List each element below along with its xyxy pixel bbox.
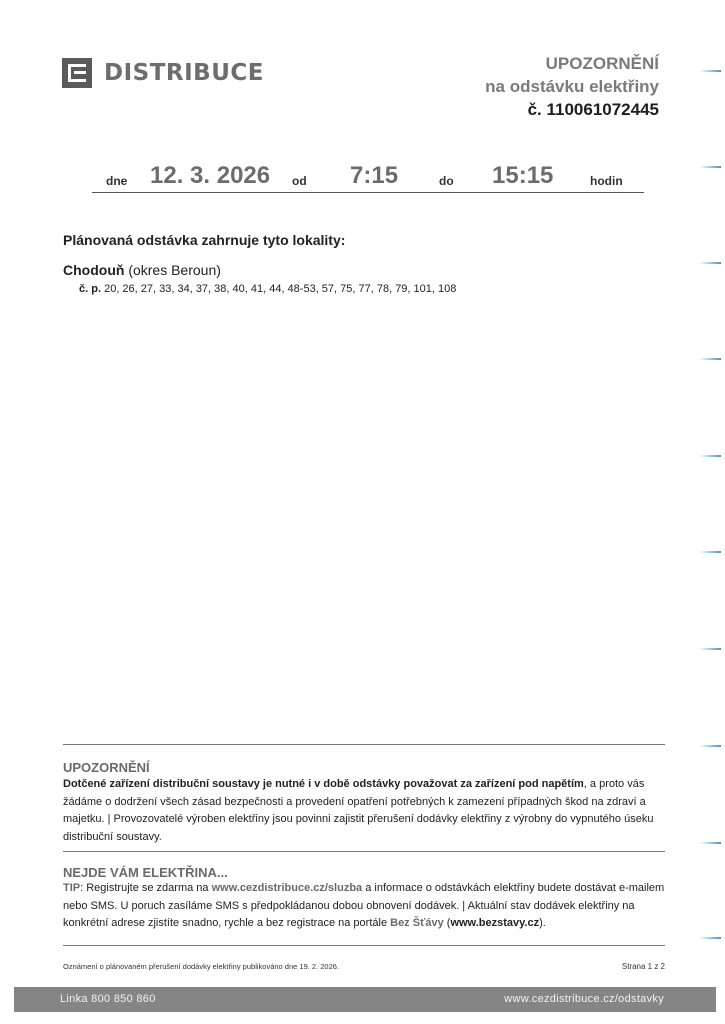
cez-logo-icon — [62, 58, 92, 88]
outage-from: 7:15 — [350, 162, 398, 190]
house-number-list: 20, 26, 27, 33, 34, 37, 38, 40, 41, 44, … — [104, 283, 456, 295]
tip-text: TIP: Registrujte se zdarma na www.cezdis… — [63, 880, 667, 933]
divider — [63, 744, 665, 745]
publication-note: Oznámení o plánovaném přerušení dodávky … — [63, 962, 339, 971]
tip-text-1: : Registrujte se zdarma na — [80, 882, 211, 894]
portal-name: Bez Šťávy — [390, 917, 444, 929]
warning-text: Dotčené zařízení distribuční soustavy je… — [63, 776, 667, 846]
outage-date: 12. 3. 2026 — [150, 162, 270, 190]
tip-label: TIP — [63, 882, 80, 894]
from-label: od — [292, 174, 307, 188]
portal-link[interactable]: www.bezstavy.cz — [450, 917, 539, 929]
outage-time-row: dne 12. 3. 2026 od 7:15 do 15:15 hodin — [92, 160, 644, 193]
scan-edge-mark — [699, 745, 721, 747]
house-numbers: č. p. 20, 26, 27, 33, 34, 37, 38, 40, 41… — [79, 283, 456, 295]
tip-title: NEJDE VÁM ELEKTŘINA... — [63, 865, 228, 880]
brand-name: DISTRIBUCE — [104, 60, 264, 86]
service-link[interactable]: www.cezdistribuce.cz/sluzba — [212, 882, 363, 894]
footer-bar: Linka 800 850 860 www.cezdistribuce.cz/o… — [14, 987, 716, 1012]
scan-edge-mark — [699, 648, 721, 650]
scan-edge-mark — [699, 455, 721, 457]
divider — [63, 945, 665, 946]
notice-number: č. 110061072445 — [485, 98, 659, 122]
warning-bold-text: Dotčené zařízení distribuční soustavy je… — [63, 778, 584, 790]
scan-edge-mark — [699, 937, 721, 939]
divider — [63, 851, 665, 852]
company-logo: DISTRIBUCE — [62, 58, 264, 88]
localities-title: Plánovaná odstávka zahrnuje tyto lokalit… — [63, 232, 345, 248]
page-number: Strana 1 z 2 — [622, 962, 665, 971]
town-name: Chodouň — [63, 262, 124, 278]
notice-title: UPOZORNĚNÍ — [485, 52, 659, 75]
warning-title: UPOZORNĚNÍ — [63, 760, 150, 775]
outages-website[interactable]: www.cezdistribuce.cz/odstavky — [504, 993, 664, 1005]
scan-edge-mark — [699, 262, 721, 264]
scan-edge-mark — [699, 166, 721, 168]
locality-item: Chodouň (okres Beroun) — [63, 262, 221, 278]
notice-subtitle: na odstávku elektřiny — [485, 75, 659, 98]
outage-to: 15:15 — [492, 162, 553, 190]
district-name: (okres Beroun) — [128, 262, 221, 278]
house-number-label: č. p. — [79, 283, 101, 295]
hotline: Linka 800 850 860 — [60, 993, 156, 1005]
hours-label: hodin — [590, 174, 623, 188]
notice-header: UPOZORNĚNÍ na odstávku elektřiny č. 1100… — [485, 52, 659, 122]
date-label: dne — [106, 174, 127, 188]
scan-edge-mark — [699, 358, 721, 360]
scan-edge-mark — [699, 842, 721, 844]
tip-text-4: ). — [539, 917, 546, 929]
scan-edge-mark — [699, 70, 721, 72]
to-label: do — [439, 174, 454, 188]
scan-edge-mark — [699, 551, 721, 553]
